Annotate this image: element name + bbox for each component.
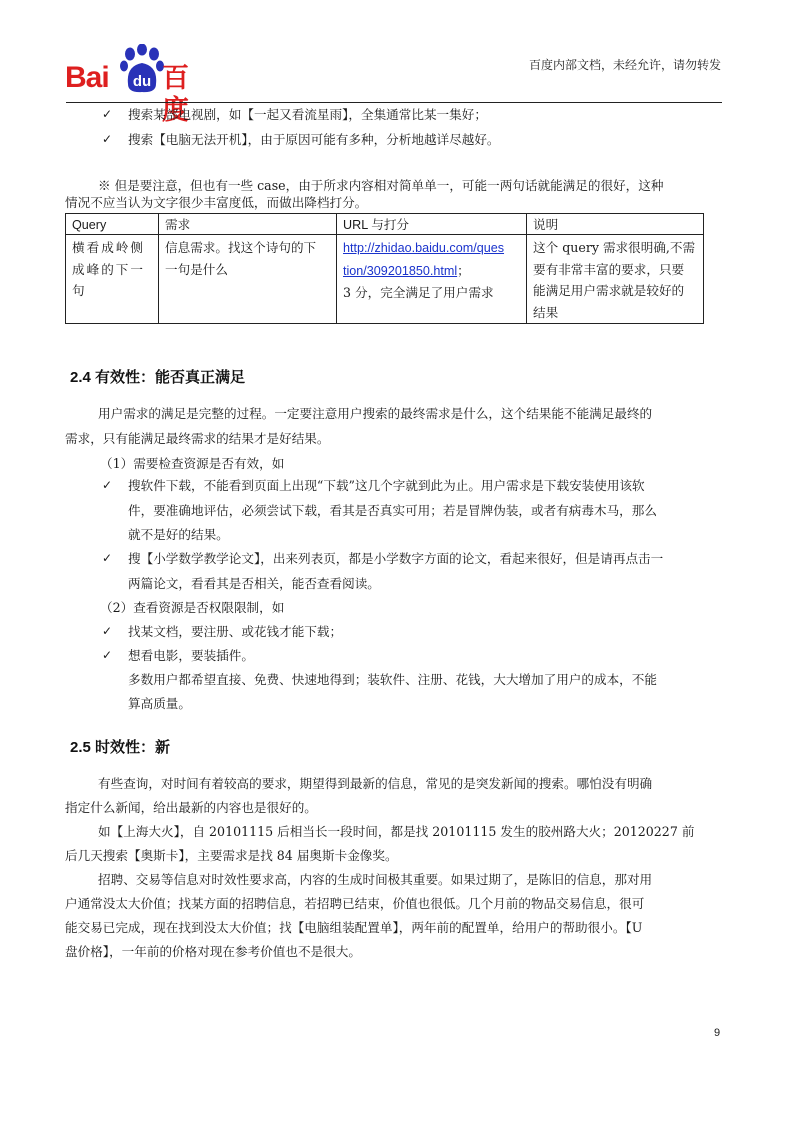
check-mark-icon: ✓ — [102, 624, 112, 638]
check-mark-icon: ✓ — [102, 478, 112, 492]
subsection-2-label: （2）查看资源是否权限限制，如 — [100, 600, 284, 616]
check-mark-icon: ✓ — [102, 648, 112, 662]
header-divider — [66, 102, 722, 103]
header-need: 需求 — [159, 214, 337, 235]
sub1-bullet-1-line-1: 搜软件下载，不能看到页面上出现“下载”这几个字就到此为止。用户需求是下载安装使用… — [128, 478, 645, 494]
check-mark-icon: ✓ — [102, 551, 112, 565]
cell-need: 信息需求。找这个诗句的下 一句是什么 — [159, 235, 337, 324]
zhidao-link[interactable]: http://zhidao.baidu.com/ques — [343, 241, 504, 255]
cell-description: 这个 query 需求很明确,不需 要有非常丰富的要求，只要 能满足用户需求就是… — [527, 235, 704, 324]
confidential-notice: 百度内部文档，未经允许，请勿转发 — [529, 56, 721, 73]
note-paragraph-line-2: 情况不应当认为文字很少丰富度低，而做出降档打分。 — [65, 195, 367, 211]
page-number: 9 — [714, 1027, 720, 1039]
section-2-5-para2-line-2: 后几天搜索【奥斯卡】，主要需求是找 84 届奥斯卡金像奖。 — [65, 848, 398, 864]
table-header-row: Query 需求 URL 与打分 说明 — [66, 214, 704, 235]
sub1-bullet-2-line-1: 搜【小学数学教学论文】，出来列表页，都是小学数字方面的论文，看起来很好，但是请再… — [128, 551, 663, 567]
section-2-4-para-line-1: 用户需求的满足是完整的过程。一定要注意用户搜索的最终需求是什么，这个结果能不能满… — [98, 406, 652, 422]
section-2-5-para3-line-3: 能交易已完成，现在找到没太大价值；找【电脑组装配置单】，两年前的配置单，给用户的… — [65, 920, 642, 936]
section-2-5-para2-line-1: 如【上海大火】，自 20101115 后相当长一段时间，都是找 20101115… — [98, 824, 694, 840]
section-2-4-para-line-2: 需求，只有能满足最终需求的结果才是好结果。 — [65, 431, 329, 447]
section-2-5-para3-line-1: 招聘、交易等信息对时效性要求高，内容的生成时间极其重要。如果过期了，是陈旧的信息… — [98, 872, 652, 888]
table-row: 横看成岭侧 成峰的下一 句 信息需求。找这个诗句的下 一句是什么 http://… — [66, 235, 704, 324]
logo-latin-text: Bai — [65, 62, 109, 94]
header-description: 说明 — [527, 214, 704, 235]
document-page: Bai du 百度 百度内部文档，未经允许，请勿转发 ✓ 搜索某部电视剧，如【一… — [0, 0, 793, 1122]
zhidao-link-continued[interactable]: tion/309201850.html — [343, 264, 457, 278]
cell-query: 横看成岭侧 成峰的下一 句 — [66, 235, 159, 324]
score-text: 3 分，完全满足了用户需求 — [343, 282, 520, 304]
check-mark-icon: ✓ — [102, 132, 112, 146]
svg-text:du: du — [133, 73, 151, 90]
sub2-note-line-1: 多数用户都希望直接、免费、快速地得到；装软件、注册、花钱，大大增加了用户的成本，… — [128, 672, 657, 688]
header-url-score: URL 与打分 — [337, 214, 527, 235]
sub2-note-line-2: 算高质量。 — [128, 696, 191, 712]
section-heading-2-5: 2.5 时效性：新 — [70, 736, 170, 757]
intro-bullet-2: 搜索【电脑无法开机】，由于原因可能有多种，分析地越详尽越好。 — [128, 132, 500, 148]
sub1-bullet-1-line-3: 就不是好的结果。 — [128, 527, 229, 543]
header-query: Query — [66, 214, 159, 235]
section-2-5-para1-line-1: 有些查询，对时间有着较高的要求，期望得到最新的信息，常见的是突发新闻的搜索。哪怕… — [98, 776, 652, 792]
example-table: Query 需求 URL 与打分 说明 横看成岭侧 成峰的下一 句 信息需求。找… — [65, 213, 704, 324]
sub2-bullet-1: 找某文档，要注册、或花钱才能下载； — [128, 624, 342, 640]
check-mark-icon: ✓ — [102, 107, 112, 121]
intro-bullet-1: 搜索某部电视剧，如【一起又看流星雨】，全集通常比某一集好； — [128, 107, 487, 123]
cell-url-score: http://zhidao.baidu.com/ques tion/309201… — [337, 235, 527, 324]
section-heading-2-4: 2.4 有效性：能否真正满足 — [70, 366, 245, 387]
sub1-bullet-1-line-2: 件，要准确地评估，必须尝试下载，看其是否真实可用；若是冒牌伪装，或者有病毒木马，… — [128, 503, 657, 519]
sub2-bullet-2: 想看电影，要装插件。 — [128, 648, 254, 664]
sub1-bullet-2-line-2: 两篇论文，看看其是否相关，能否查看阅读。 — [128, 576, 380, 592]
section-2-5-para1-line-2: 指定什么新闻，给出最新的内容也是很好的。 — [65, 800, 317, 816]
baidu-logo: Bai du 百度 — [65, 44, 210, 96]
section-2-5-para3-line-2: 户通常没太大价值；找某方面的招聘信息，若招聘已结束，价值也很低。几个月前的物品交… — [65, 896, 644, 912]
paw-icon: du — [120, 44, 164, 94]
section-2-5-para3-line-4: 盘价格】，一年前的价格对现在参考价值也不是很大。 — [65, 944, 361, 960]
subsection-1-label: （1）需要检查资源是否有效，如 — [100, 456, 284, 472]
note-paragraph-line-1: ※ 但是要注意，但也有一些 case，由于所求内容相对简单单一，可能一两句话就能… — [98, 178, 663, 194]
